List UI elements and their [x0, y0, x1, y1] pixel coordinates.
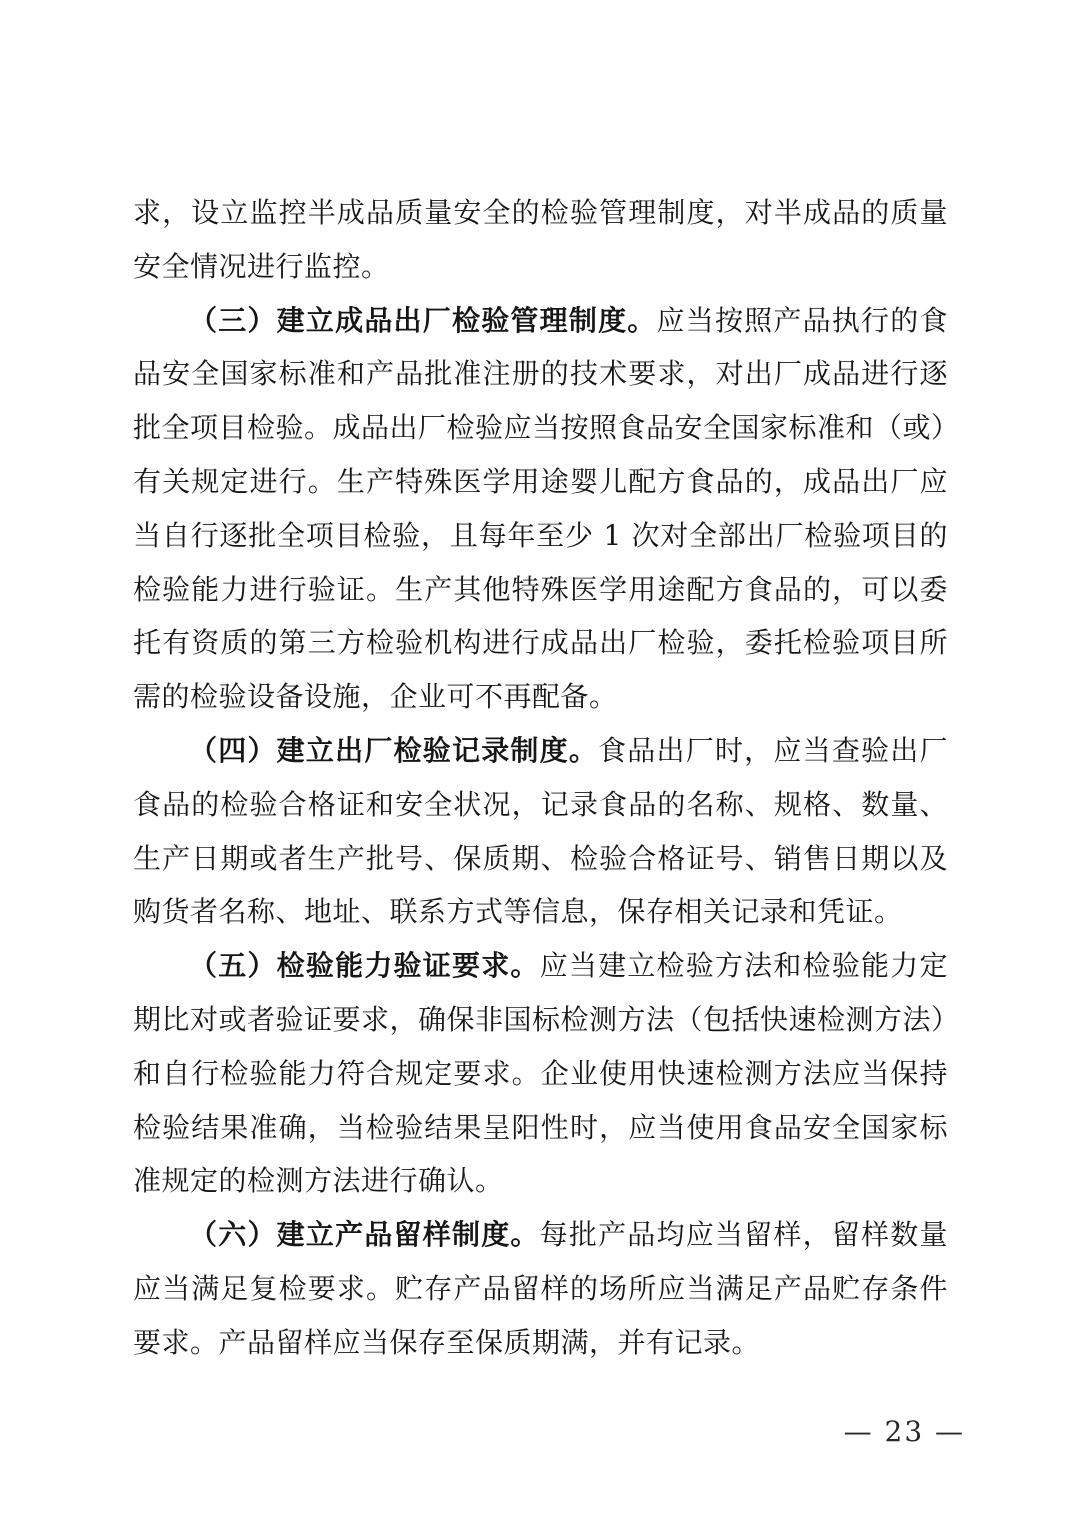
section-heading: （五）检验能力验证要求。	[189, 949, 540, 982]
text-line: 有关规定进行。生产特殊医学用途婴儿配方食品的，成品出厂应	[133, 455, 948, 509]
text-line: （三）建立成品出厂检验管理制度。应当按照产品执行的食	[133, 294, 948, 348]
body-text: 检验能力进行验证。生产其他特殊医学用途配方食品的，可以委	[133, 573, 948, 606]
text-line: （四）建立出厂检验记录制度。食品出厂时，应当查验出厂	[133, 724, 948, 778]
body-text: 购货者名称、地址、联系方式等信息，保存相关记录和凭证。	[133, 895, 903, 928]
text-line: 准规定的检测方法进行确认。	[133, 1154, 948, 1208]
body-text: 有关规定进行。生产特殊医学用途婴儿配方食品的，成品出厂应	[133, 465, 948, 498]
body-text: 应当建立检验方法和检验能力定	[540, 949, 948, 982]
text-line: 检验能力进行验证。生产其他特殊医学用途配方食品的，可以委	[133, 563, 948, 617]
body-text: 生产日期或者生产批号、保质期、检验合格证号、销售日期以及	[133, 842, 948, 875]
page-number: — 23 —	[844, 1415, 965, 1448]
body-text: 托有资质的第三方检验机构进行成品出厂检验，委托检验项目所	[133, 626, 948, 659]
body-text: 需的检验设备设施，企业可不再配备。	[133, 680, 618, 713]
text-line: 要求。产品留样应当保存至保质期满，并有记录。	[133, 1316, 948, 1370]
body-text: 检验结果准确，当检验结果呈阳性时，应当使用食品安全国家标	[133, 1111, 948, 1144]
document-body: 求，设立监控半成品质量安全的检验管理制度，对半成品的质量安全情况进行监控。（三）…	[133, 186, 948, 1370]
body-text: 每批产品均应当留样，留样数量	[540, 1218, 948, 1251]
text-line: 当自行逐批全项目检验，且每年至少 1 次对全部出厂检验项目的	[133, 509, 948, 563]
body-text: 应当满足复检要求。贮存产品留样的场所应当满足产品贮存条件	[133, 1272, 948, 1305]
body-text: 当自行逐批全项目检验，且每年至少 1 次对全部出厂检验项目的	[133, 519, 948, 552]
section-heading: （六）建立产品留样制度。	[189, 1218, 540, 1251]
section-heading: （四）建立出厂检验记录制度。	[189, 734, 598, 767]
page-footer: — 23 —	[800, 1372, 930, 1412]
text-line: 求，设立监控半成品质量安全的检验管理制度，对半成品的质量	[133, 186, 948, 240]
body-text: 食品出厂时，应当查验出厂	[598, 734, 948, 767]
body-text: 应当按照产品执行的食	[657, 304, 948, 337]
body-text: 安全情况进行监控。	[133, 250, 390, 283]
text-line: 品安全国家标准和产品批准注册的技术要求，对出厂成品进行逐	[133, 347, 948, 401]
body-text: 期比对或者验证要求，确保非国标检测方法（包括快速检测方法）	[133, 1003, 948, 1036]
text-line: 期比对或者验证要求，确保非国标检测方法（包括快速检测方法）	[133, 993, 948, 1047]
text-line: 安全情况进行监控。	[133, 240, 948, 294]
text-line: 购货者名称、地址、联系方式等信息，保存相关记录和凭证。	[133, 885, 948, 939]
text-line: 托有资质的第三方检验机构进行成品出厂检验，委托检验项目所	[133, 616, 948, 670]
body-text: 食品的检验合格证和安全状况，记录食品的名称、规格、数量、	[133, 788, 948, 821]
body-text: 品安全国家标准和产品批准注册的技术要求，对出厂成品进行逐	[133, 357, 948, 390]
text-line: 和自行检验能力符合规定要求。企业使用快速检测方法应当保持	[133, 1047, 948, 1101]
text-line: 生产日期或者生产批号、保质期、检验合格证号、销售日期以及	[133, 832, 948, 886]
body-text: 求，设立监控半成品质量安全的检验管理制度，对半成品的质量	[133, 196, 948, 229]
text-line: 需的检验设备设施，企业可不再配备。	[133, 670, 948, 724]
body-text: 准规定的检测方法进行确认。	[133, 1164, 504, 1197]
section-heading: （三）建立成品出厂检验管理制度。	[189, 304, 657, 337]
body-text: 批全项目检验。成品出厂检验应当按照食品安全国家标准和（或）	[133, 411, 948, 444]
text-line: 批全项目检验。成品出厂检验应当按照食品安全国家标准和（或）	[133, 401, 948, 455]
text-line: 检验结果准确，当检验结果呈阳性时，应当使用食品安全国家标	[133, 1101, 948, 1155]
text-line: （五）检验能力验证要求。应当建立检验方法和检验能力定	[133, 939, 948, 993]
text-line: （六）建立产品留样制度。每批产品均应当留样，留样数量	[133, 1208, 948, 1262]
body-text: 和自行检验能力符合规定要求。企业使用快速检测方法应当保持	[133, 1057, 948, 1090]
document-page: 求，设立监控半成品质量安全的检验管理制度，对半成品的质量安全情况进行监控。（三）…	[0, 0, 1080, 1527]
body-text: 要求。产品留样应当保存至保质期满，并有记录。	[133, 1326, 760, 1359]
text-line: 应当满足复检要求。贮存产品留样的场所应当满足产品贮存条件	[133, 1262, 948, 1316]
text-line: 食品的检验合格证和安全状况，记录食品的名称、规格、数量、	[133, 778, 948, 832]
